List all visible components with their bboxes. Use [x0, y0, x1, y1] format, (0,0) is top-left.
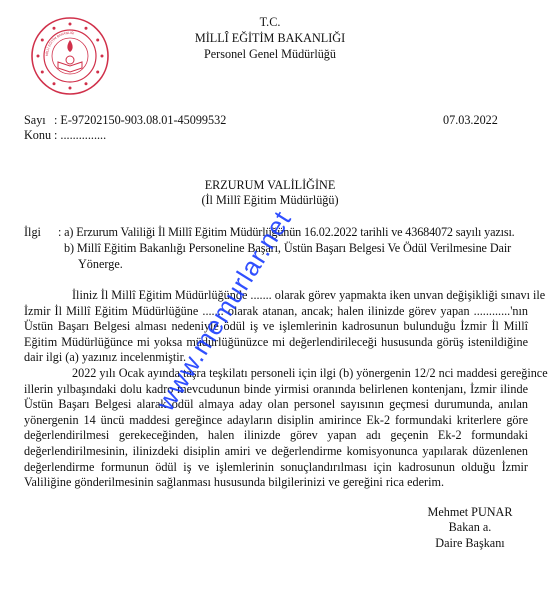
sayi-label: Sayı	[24, 113, 46, 128]
paragraph-line: İliniz İl Millî Eğitim Müdürlüğünde ....…	[24, 288, 528, 304]
paragraph-line: Üstün Başarı Belgesi alması nedeniyle öd…	[24, 319, 528, 335]
sayi-value: : E-97202150-903.08.01-45099532	[54, 113, 226, 128]
recipient-line1: ERZURUM VALİLİĞİNE	[170, 178, 370, 193]
paragraph-line: 2022 yılı Ocak ayında taşra teşkilatı pe…	[24, 366, 528, 382]
document-date: 07.03.2022	[443, 113, 498, 128]
paragraph-line: İzmir İl Millî Eğitim Müdürlüğüne ......…	[24, 304, 528, 320]
header-country: T.C.	[170, 15, 370, 30]
signature-title1: Bakan a.	[410, 520, 530, 535]
ilgi-b-line2: Yönerge.	[78, 257, 123, 272]
ilgi-a: : a) Erzurum Valiliği İl Millî Eğitim Mü…	[58, 225, 515, 240]
header-department: Personel Genel Müdürlüğü	[170, 47, 370, 62]
paragraph-line: değerlendirilmesi gerekeceğinden, halen …	[24, 428, 528, 444]
konu-value: : ...............	[54, 128, 106, 143]
konu-label: Konu	[24, 128, 51, 143]
body-paragraph-1: İliniz İl Millî Eğitim Müdürlüğünde ....…	[24, 288, 528, 366]
ilgi-label: İlgi	[24, 225, 41, 240]
paragraph-line: Üstün Başarı Belgesi alarak ödül almaya …	[24, 397, 528, 413]
paragraph-line: yönergenin 14 üncü maddesi gereğince ada…	[24, 413, 528, 429]
recipient-line2: (İl Millî Eğitim Müdürlüğü)	[170, 193, 370, 208]
body-paragraph-2: 2022 yılı Ocak ayında taşra teşkilatı pe…	[24, 366, 528, 491]
paragraph-line: değerlendirilmesinin, ilinizdeki disipli…	[24, 444, 528, 460]
paragraph-line: dair ilgi (a) yazınız incelenmiştir.	[24, 350, 528, 366]
paragraph-line: Valiliğine gönderilmesinin sağlanması hu…	[24, 475, 528, 491]
paragraph-line: değerlendirme formunun ödül iş ve işleml…	[24, 460, 528, 476]
meb-seal-icon: MİLLÎ EĞİTİM BAKANLIĞI	[30, 16, 110, 96]
signature-title2: Daire Başkanı	[410, 536, 530, 551]
header-ministry: MİLLÎ EĞİTİM BAKANLIĞI	[170, 31, 370, 46]
ilgi-b-line1: b) Millî Eğitim Bakanlığı Personeline Ba…	[64, 241, 511, 256]
signature-name: Mehmet PUNAR	[410, 505, 530, 520]
paragraph-line: illerin yılbaşındaki dolu kadro mevcudun…	[24, 382, 528, 398]
paragraph-line: Eğitim Müdürlüğünce mi yoksa müdürlüğünü…	[24, 335, 528, 351]
